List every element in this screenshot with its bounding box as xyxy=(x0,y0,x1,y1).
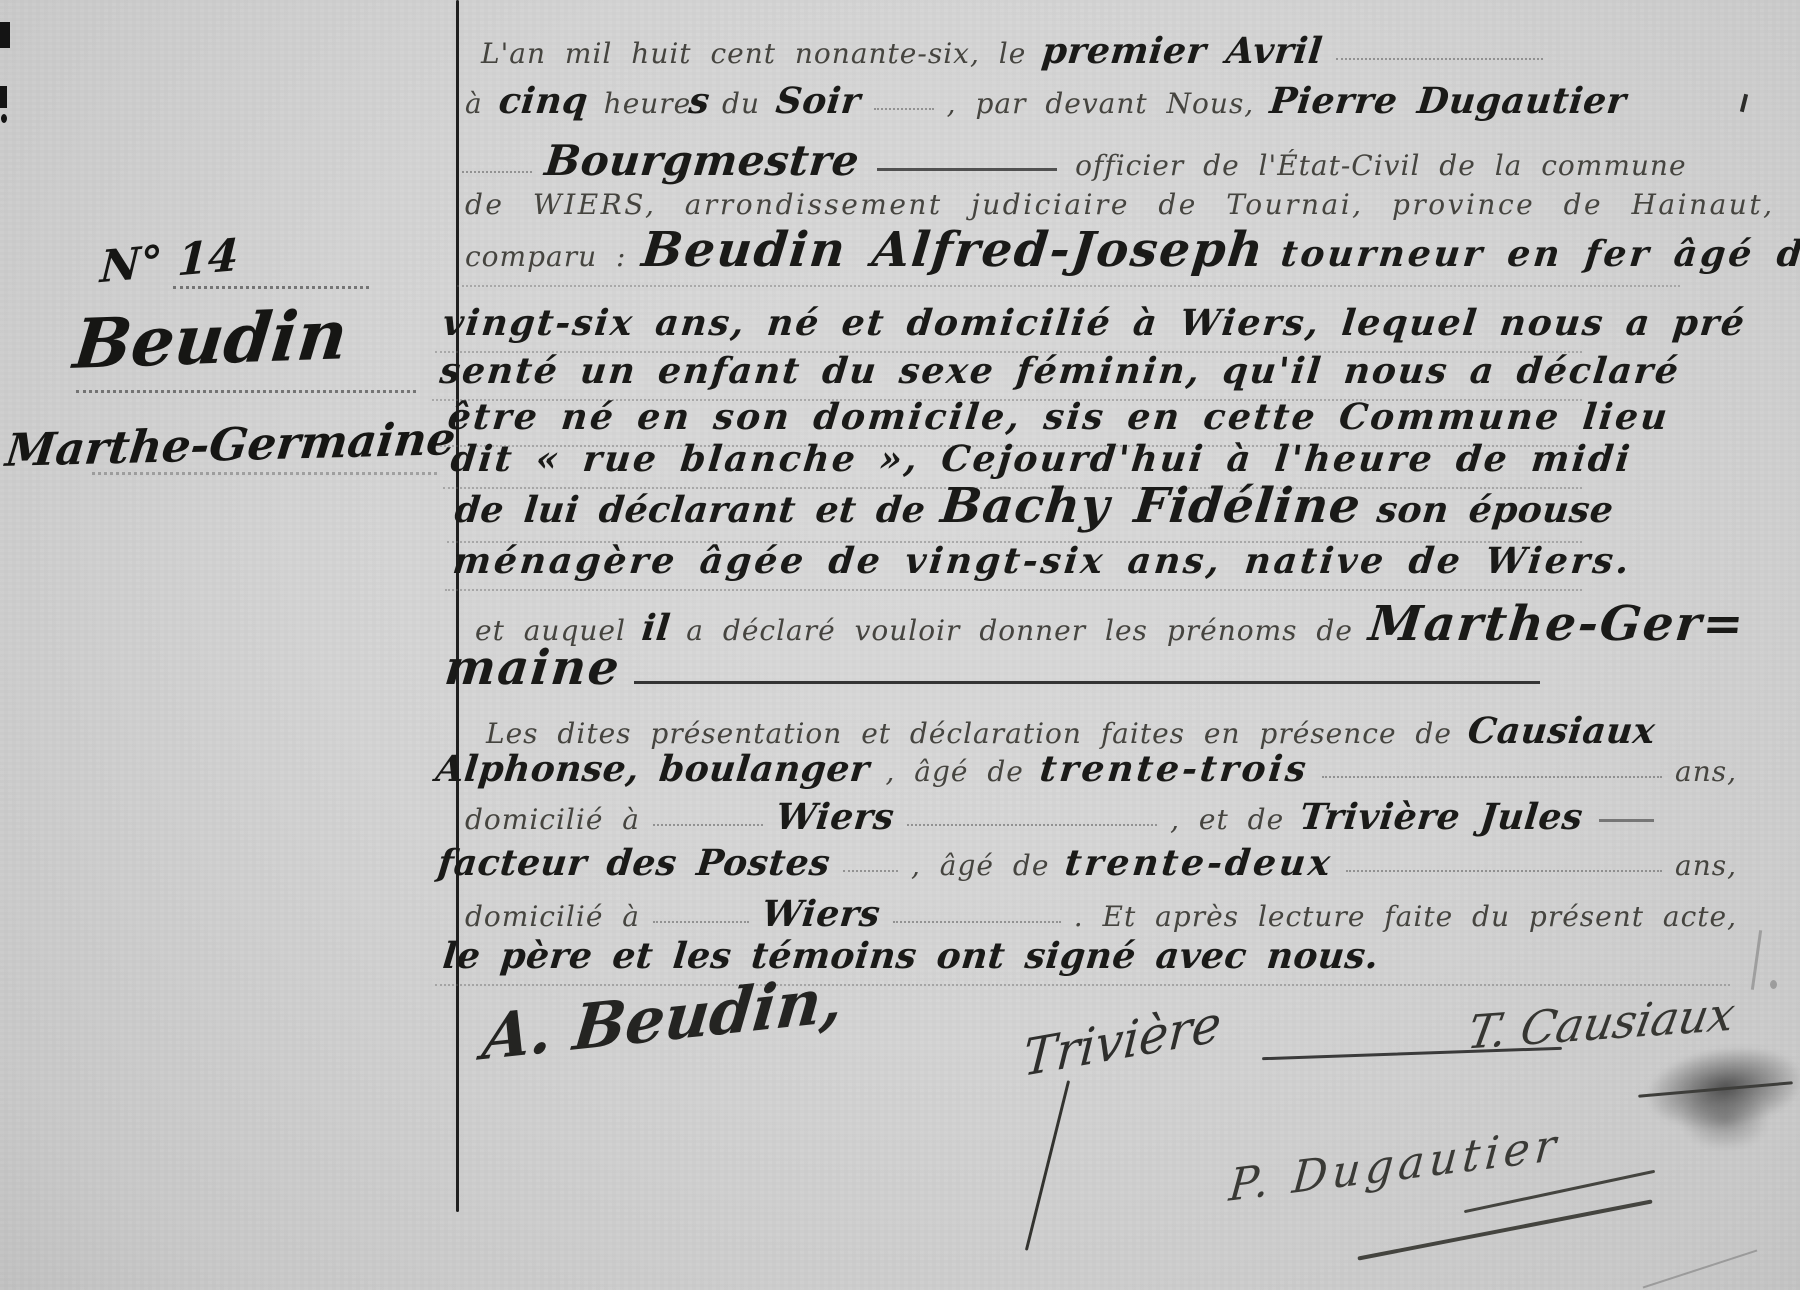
scan-artifact xyxy=(1643,1250,1758,1289)
act-line: Les dites présentation et déclaration fa… xyxy=(478,710,1550,752)
handwritten-text: Causiaux xyxy=(1466,710,1657,752)
act-line: Bourgmestre officier de l'État-Civil de … xyxy=(457,136,1745,185)
scan-artifact xyxy=(0,22,10,48)
blank-rule xyxy=(653,919,749,923)
printed-text: officier de l'État-Civil de la commune xyxy=(1075,149,1686,182)
printed-text: comparu : xyxy=(465,240,626,273)
handwritten-text: tourneur en fer âgé de xyxy=(1279,233,1800,275)
blank-rule xyxy=(634,679,1540,684)
handwritten-text: facteur des Postes xyxy=(436,842,832,884)
blank-rule xyxy=(462,169,532,173)
margin-rule-line xyxy=(173,284,369,289)
printed-text: de WIERS, arrondissement judiciaire de T… xyxy=(465,188,1800,221)
handwritten-text: cinq xyxy=(496,80,589,122)
scan-artifact xyxy=(0,86,7,108)
handwritten-text: Beudin Alfred-Joseph xyxy=(640,222,1268,278)
blank-rule xyxy=(1336,56,1543,60)
handwritten-text: Bachy Fidéline xyxy=(938,478,1364,534)
handwritten-text: Bourgmestre xyxy=(542,136,861,185)
printed-text: du xyxy=(722,87,760,120)
handwritten-text: senté un enfant du sexe féminin, qu'il n… xyxy=(438,350,1682,392)
blank-rule xyxy=(1599,819,1654,822)
witness1-signature: Trivière xyxy=(1021,994,1223,1088)
handwritten-text: Wiers xyxy=(774,796,897,838)
blank-rule xyxy=(877,168,1057,171)
scan-artifact xyxy=(1770,980,1777,989)
blank-rule xyxy=(893,919,1061,923)
act-line: facteur des Postes , âgé de trente-deux … xyxy=(430,842,1745,884)
handwritten-text: Alphonse, boulanger xyxy=(434,748,872,790)
act-line: comparu : Beudin Alfred-Joseph tourneur … xyxy=(457,222,1680,287)
act-line: Alphonse, boulanger , âgé de trente-troi… xyxy=(428,748,1745,790)
handwritten-text: maine xyxy=(442,640,623,696)
blank-rule xyxy=(843,868,898,872)
handwritten-text: premier Avril xyxy=(1040,30,1325,72)
printed-text: Les dites présentation et déclaration fa… xyxy=(486,717,1452,750)
margin-given-names: Marthe-Germaine xyxy=(3,412,458,477)
printed-text: domicilié à xyxy=(465,803,640,836)
act-line: maine xyxy=(437,640,1545,696)
ink-smudge xyxy=(1680,1090,1770,1150)
act-line: de lui déclarant et de Bachy Fidéline so… xyxy=(447,478,1582,543)
act-line: de WIERS, arrondissement judiciaire de T… xyxy=(457,188,1748,221)
printed-text: . Et après lecture faite du présent acte… xyxy=(1074,900,1737,933)
act-line: domicilié à Wiers , et de Trivière Jules xyxy=(457,796,1670,838)
margin-rule-line xyxy=(92,470,437,475)
handwritten-text: être né en son domicile, sis en cette Co… xyxy=(446,396,1672,438)
handwritten-text: Soir xyxy=(774,80,863,122)
handwritten-text: Wiers xyxy=(760,893,883,935)
printed-text: , âgé de xyxy=(885,755,1023,788)
margin-surname: Beudin xyxy=(70,295,351,385)
handwritten-text: de lui déclarant et de xyxy=(453,489,928,531)
blank-rule xyxy=(874,106,934,110)
printed-text: , âgé de xyxy=(911,849,1049,882)
blank-rule xyxy=(1322,774,1662,778)
act-line: à cinq heure s du Soir , par devant Nous… xyxy=(457,80,1748,122)
handwritten-text: ménagère âgée de vingt-six ans, native d… xyxy=(451,540,1634,582)
printed-text: ans, xyxy=(1675,755,1737,788)
act-line: domicilié à Wiers . Et après lecture fai… xyxy=(457,893,1745,935)
handwritten-text: vingt-six ans, né et domicilié à Wiers, … xyxy=(441,302,1748,344)
handwritten-text: trente-trois xyxy=(1038,748,1311,790)
act-line: le père et les témoins ont signé avec no… xyxy=(435,935,1730,986)
signature-flourish xyxy=(1357,1199,1652,1260)
printed-text: heure xyxy=(604,87,692,120)
handwritten-text: Trivière Jules xyxy=(1298,796,1585,838)
blank-rule xyxy=(907,822,1157,826)
act-line: L'an mil huit cent nonante-six, le premi… xyxy=(473,30,1548,72)
scanned-birth-record: N° 14 Beudin Marthe-Germaine L'an mil hu… xyxy=(0,0,1800,1290)
printed-text: ans, xyxy=(1675,849,1737,882)
act-line: ménagère âgée de vingt-six ans, native d… xyxy=(445,540,1582,591)
act-line: senté un enfant du sexe féminin, qu'il n… xyxy=(432,350,1582,401)
margin-rule-line xyxy=(76,388,416,393)
act-line: vingt-six ans, né et domicilié à Wiers, … xyxy=(435,302,1582,353)
blank-rule xyxy=(1346,868,1662,872)
officer-signature: P. Dugautier xyxy=(1227,1119,1563,1212)
printed-text: , par devant Nous, xyxy=(947,87,1255,120)
signature-flourish xyxy=(1025,1080,1070,1251)
handwritten-text: son épouse xyxy=(1375,489,1616,531)
blank-rule xyxy=(653,822,763,826)
handwritten-text: s xyxy=(687,80,712,122)
handwritten-text: Pierre Dugautier xyxy=(1268,80,1629,122)
printed-text: à xyxy=(465,87,483,120)
handwritten-text: dit « rue blanche », Cejourd'hui à l'heu… xyxy=(449,438,1634,480)
printed-text: L'an mil huit cent nonante-six, le xyxy=(481,37,1026,70)
printed-text: domicilié à xyxy=(465,900,640,933)
scan-artifact xyxy=(1,114,7,123)
witness2-signature: T. Causiaux xyxy=(1463,986,1739,1059)
handwritten-text: le père et les témoins ont signé avec no… xyxy=(441,935,1381,977)
handwritten-text: trente-deux xyxy=(1063,842,1335,884)
printed-text: , et de xyxy=(1170,803,1284,836)
scan-artifact xyxy=(1751,930,1762,990)
